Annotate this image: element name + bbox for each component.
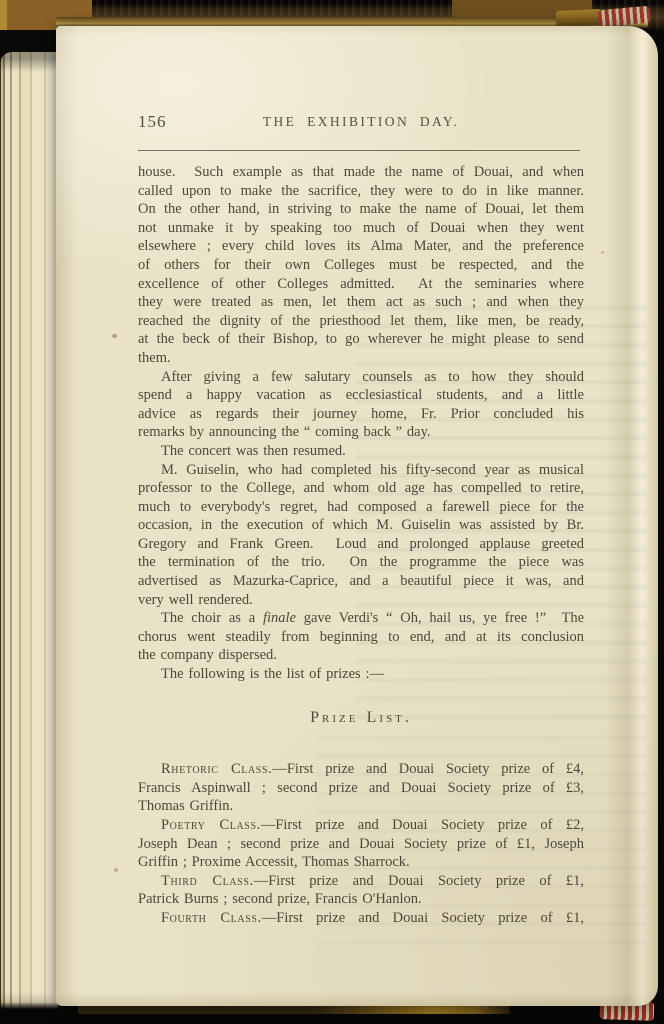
text-line: called upon to make the sacrifice, they … xyxy=(138,182,584,201)
foxing-spot xyxy=(114,868,118,872)
text-segment: Griffin ; Proxime Accessit, Thomas Sharr… xyxy=(138,854,410,870)
body-paragraph-lines: house. Such example as that made the nam… xyxy=(138,163,584,684)
text-segment: —First prize and Douai Society prize of … xyxy=(262,910,584,926)
text-segment: very well rendered. xyxy=(138,592,253,608)
text-line: Joseph Dean ; second prize and Douai Soc… xyxy=(138,835,584,854)
text-line: Third Class.—First prize and Douai Socie… xyxy=(138,872,584,891)
text-segment: advice as regards their journey home, Fr… xyxy=(138,406,584,422)
text-line: Poetry Class.—First prize and Douai Soci… xyxy=(138,816,584,835)
small-caps-text: Poetry Class. xyxy=(161,817,261,833)
text-segment: After giving a few salutary counsels as … xyxy=(161,369,584,385)
italic-text: finale xyxy=(263,610,296,626)
text-segment: house. Such example as that made the nam… xyxy=(138,164,584,180)
running-title: THE EXHIBITION DAY. xyxy=(138,114,584,130)
text-segment: professor to the College, and whom old a… xyxy=(138,480,584,496)
text-segment: of others for their own Colleges must be… xyxy=(138,257,584,273)
text-segment: Patrick Burns ; second prize, Francis O'… xyxy=(138,891,422,907)
text-line: elsewhere ; every child loves its Alma M… xyxy=(138,237,584,256)
text-segment: them. xyxy=(138,350,171,366)
text-segment: gave Verdi's “ Oh, hail us, ye free !” T… xyxy=(296,610,584,626)
text-segment: excellence of other Colleges admitted. A… xyxy=(138,276,584,292)
foxing-spot xyxy=(112,334,117,338)
text-segment: Gregory and Frank Green. Loud and prolon… xyxy=(138,536,584,552)
text-line: The choir as a finale gave Verdi's “ Oh,… xyxy=(138,609,584,628)
text-segment: The following is the list of prizes :— xyxy=(161,666,384,682)
text-line: occasion, in the execution of which M. G… xyxy=(138,516,584,535)
text-line: they were treated as men, let them act a… xyxy=(138,293,584,312)
small-caps-text: Fourth Class. xyxy=(161,910,262,926)
text-segment: the company dispersed. xyxy=(138,647,277,663)
prize-list-heading: Prize List. xyxy=(138,709,584,728)
text-line: Patrick Burns ; second prize, Francis O'… xyxy=(138,890,584,909)
text-line: the termination of the trio. On the prog… xyxy=(138,553,584,572)
small-caps-text: Third Class. xyxy=(161,873,254,889)
page-header: 156 THE EXHIBITION DAY. xyxy=(138,112,584,134)
book-page: 156 THE EXHIBITION DAY. house. Such exam… xyxy=(56,26,658,1006)
text-segment: chorus went steadily from beginning to e… xyxy=(138,629,584,645)
text-segment: they were treated as men, let them act a… xyxy=(138,294,584,310)
header-rule xyxy=(138,150,580,151)
text-line: excellence of other Colleges admitted. A… xyxy=(138,275,584,294)
text-line: After giving a few salutary counsels as … xyxy=(138,368,584,387)
text-line: the company dispersed. xyxy=(138,646,584,665)
small-caps-text: Rhetoric Class. xyxy=(161,761,272,777)
text-segment: —First prize and Douai Society prize of … xyxy=(261,817,584,833)
text-segment: —First prize and Douai Society prize of … xyxy=(254,873,584,889)
text-segment: not unmake it by speaking too much of Do… xyxy=(138,220,584,236)
text-line: The concert was then resumed. xyxy=(138,442,584,461)
text-line: Rhetoric Class.—First prize and Douai So… xyxy=(138,760,584,779)
text-segment: called upon to make the sacrifice, they … xyxy=(138,183,584,199)
text-line: not unmake it by speaking too much of Do… xyxy=(138,219,584,238)
text-line: chorus went steadily from beginning to e… xyxy=(138,628,584,647)
prize-list-lines: Rhetoric Class.—First prize and Douai So… xyxy=(138,760,584,927)
text-line: Griffin ; Proxime Accessit, Thomas Sharr… xyxy=(138,853,584,872)
text-line: The following is the list of prizes :— xyxy=(138,665,584,684)
text-segment: reached the dignity of the priesthood le… xyxy=(138,313,584,329)
text-segment: the termination of the trio. On the prog… xyxy=(138,554,584,570)
text-segment: much to everybody's regret, had composed… xyxy=(138,499,584,515)
text-segment: On the other hand, in striving to make t… xyxy=(138,201,584,217)
text-segment: —First prize and Douai Society prize of … xyxy=(272,761,584,777)
text-line: Francis Aspinwall ; second prize and Dou… xyxy=(138,779,584,798)
text-segment: elsewhere ; every child loves its Alma M… xyxy=(138,238,584,254)
text-line: professor to the College, and whom old a… xyxy=(138,479,584,498)
text-line: advice as regards their journey home, Fr… xyxy=(138,405,584,424)
text-segment: advertised as Mazurka-Caprice, and a bea… xyxy=(138,573,584,589)
text-line: very well rendered. xyxy=(138,591,584,610)
text-segment: The concert was then resumed. xyxy=(161,443,346,459)
page-edge-stack xyxy=(0,52,58,1014)
text-line: Thomas Griffin. xyxy=(138,797,584,816)
text-line: Fourth Class.—First prize and Douai Soci… xyxy=(138,909,584,928)
text-segment: at the beck of their Bishop, to go where… xyxy=(138,331,584,347)
text-segment: Francis Aspinwall ; second prize and Dou… xyxy=(138,780,584,796)
text-line: house. Such example as that made the nam… xyxy=(138,163,584,182)
body-text: house. Such example as that made the nam… xyxy=(138,163,584,928)
text-line: remarks by announcing the “ coming back … xyxy=(138,423,584,442)
text-line: reached the dignity of the priesthood le… xyxy=(138,312,584,331)
book-photograph: 156 THE EXHIBITION DAY. house. Such exam… xyxy=(0,0,664,1024)
text-segment: The choir as a xyxy=(161,610,263,626)
binding-gold-fragment xyxy=(556,9,603,27)
text-line: of others for their own Colleges must be… xyxy=(138,256,584,275)
text-line: much to everybody's regret, had composed… xyxy=(138,498,584,517)
text-line: On the other hand, in striving to make t… xyxy=(138,200,584,219)
text-line: them. xyxy=(138,349,584,368)
text-line: at the beck of their Bishop, to go where… xyxy=(138,330,584,349)
text-segment: remarks by announcing the “ coming back … xyxy=(138,424,431,440)
text-line: Gregory and Frank Green. Loud and prolon… xyxy=(138,535,584,554)
text-segment: occasion, in the execution of which M. G… xyxy=(138,517,584,533)
text-segment: Thomas Griffin. xyxy=(138,798,233,814)
text-line: spend a happy vacation as ecclesiastical… xyxy=(138,386,584,405)
text-line: M. Guiselin, who had completed his fifty… xyxy=(138,461,584,480)
text-segment: Joseph Dean ; second prize and Douai Soc… xyxy=(138,836,584,852)
text-line: advertised as Mazurka-Caprice, and a bea… xyxy=(138,572,584,591)
text-segment: M. Guiselin, who had completed his fifty… xyxy=(161,462,584,478)
foxing-spot xyxy=(601,251,604,254)
text-segment: spend a happy vacation as ecclesiastical… xyxy=(138,387,584,403)
